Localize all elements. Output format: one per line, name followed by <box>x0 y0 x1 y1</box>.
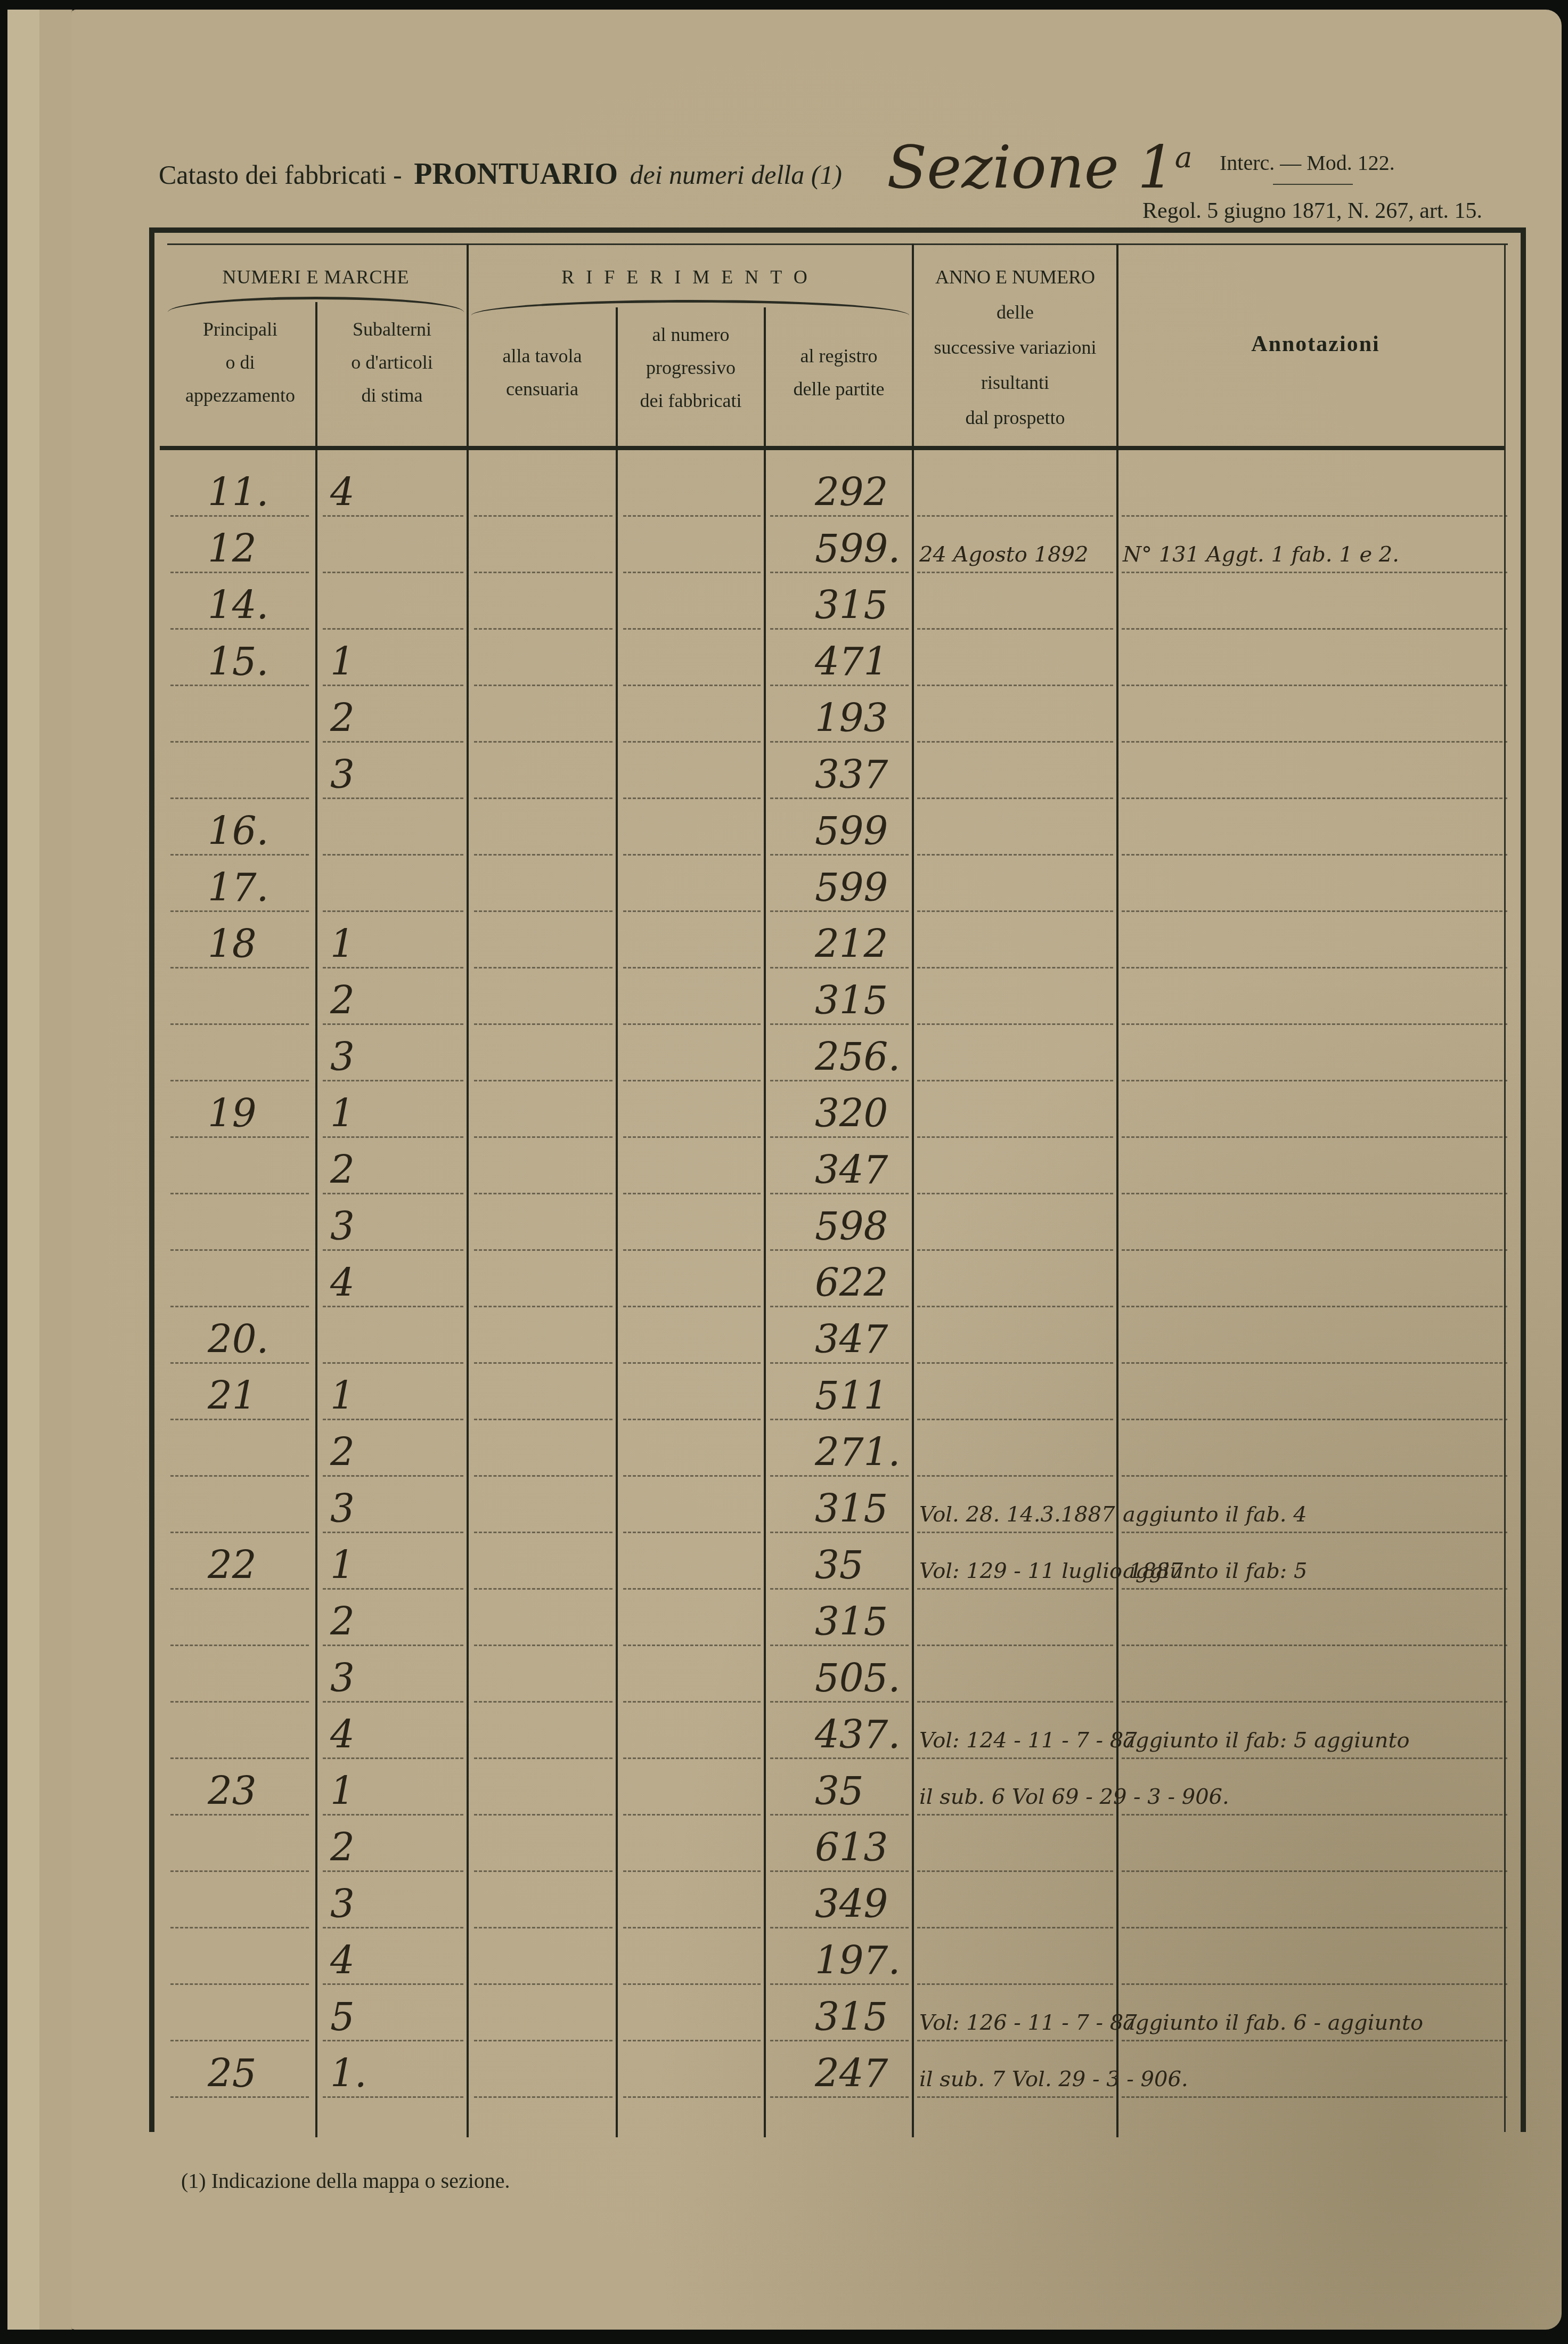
table-row: 2347 <box>154 1138 1521 1194</box>
cell-subalterno: 1 <box>330 1544 355 1586</box>
table-row: 4197. <box>154 1928 1521 1985</box>
cell-subalterno: 1. <box>330 2052 367 2095</box>
form-title-suffix: dei numeri della (1) <box>630 160 842 190</box>
cell-registro: 256. <box>815 1036 900 1078</box>
cell-subalterno: 1 <box>330 640 355 683</box>
cell-principale: 20. <box>208 1318 269 1361</box>
cell-subalterno: 4 <box>330 1261 355 1304</box>
cell-annotazioni: aggiunto il fab: 5 aggiunto <box>1123 1728 1410 1753</box>
cell-subalterno: 3 <box>330 753 355 796</box>
cell-registro: 613 <box>815 1826 888 1869</box>
cell-subalterno: 1 <box>330 923 355 965</box>
header-bottom-rule <box>160 446 1505 450</box>
row-ruling <box>917 2096 1113 2098</box>
col-tavola: alla tavola censuaria <box>469 339 616 405</box>
cell-principale: 17. <box>208 866 269 909</box>
cell-registro: 320 <box>815 1092 888 1135</box>
cell-subalterno: 3 <box>330 1487 355 1530</box>
cell-annotazioni: aggiunto il fab. 6 - aggiunto <box>1123 2011 1423 2035</box>
cell-variazioni: Vol: 126 - 11 - 7 - 87 <box>919 2011 1137 2035</box>
col-anno-line1: ANNO E NUMERO <box>914 259 1116 295</box>
cell-variazioni: il sub. 7 Vol. 29 - 3 - 906. <box>919 2067 1188 2091</box>
cell-variazioni: il sub. 6 Vol 69 - 29 - 3 - 906. <box>919 1785 1229 1809</box>
cell-registro: 212 <box>815 923 888 965</box>
section-superscript: a <box>1175 140 1193 174</box>
cell-principale: 22 <box>208 1544 257 1586</box>
col-registro-line2: delle partite <box>766 372 912 405</box>
cell-principale: 21 <box>208 1374 257 1417</box>
col-subalterni: Subalterni o d'articoli di stima <box>317 313 467 412</box>
cell-principale: 16. <box>208 810 269 852</box>
cell-annotazioni: aggiunto il fab. 4 <box>1123 1502 1307 1527</box>
col-annotazioni: Annotazioni <box>1118 331 1513 357</box>
cell-registro: 315 <box>815 1996 888 2038</box>
table-row: 3256. <box>154 1025 1521 1081</box>
cell-registro: 349 <box>815 1883 888 1925</box>
col-tavola-line1: alla tavola <box>469 339 616 372</box>
cell-subalterno: 5 <box>330 1996 355 2038</box>
section-handwritten: Sezione 1a <box>887 133 1193 201</box>
cell-subalterno: 3 <box>330 1205 355 1248</box>
cell-registro: 347 <box>815 1318 888 1361</box>
regulation-ref: Regol. 5 giugno 1871, N. 267, art. 15. <box>1142 198 1482 224</box>
table-row: 23135il sub. 6 Vol 69 - 29 - 3 - 906. <box>154 1759 1521 1816</box>
col-registro-line1: al registro <box>766 339 912 372</box>
col-anno-line3: successive variazioni <box>914 330 1116 365</box>
col-anno-line4: risultanti <box>914 365 1116 400</box>
cell-subalterno: 2 <box>330 979 355 1022</box>
cell-subalterno: 1 <box>330 1374 355 1417</box>
row-ruling <box>474 2096 612 2098</box>
cell-registro: 197. <box>815 1939 900 1982</box>
group-riferimento: RIFERIMENTO <box>469 266 912 288</box>
cell-registro: 471 <box>815 640 888 683</box>
row-ruling <box>1122 2096 1507 2098</box>
model-ref: Interc. — Mod. 122. <box>1220 150 1395 175</box>
cell-subalterno: 2 <box>330 1149 355 1191</box>
cell-subalterno: 4 <box>330 471 355 514</box>
table-row: 4437.Vol: 124 - 11 - 7 - 87aggiunto il f… <box>154 1703 1521 1759</box>
row-ruling <box>770 2096 909 2098</box>
cell-registro: 315 <box>815 584 888 626</box>
page-spine-fold <box>39 10 72 2330</box>
table-row: 251.247il sub. 7 Vol. 29 - 3 - 906. <box>154 2041 1521 2098</box>
col-anno-line2: delle <box>914 295 1116 330</box>
footnote: (1) Indicazione della mappa o sezione. <box>181 2168 510 2193</box>
page-spine-edge <box>7 10 41 2330</box>
col-registro: al registro delle partite <box>766 339 912 405</box>
table-row: 3505. <box>154 1646 1521 1703</box>
cell-registro: 315 <box>815 1487 888 1530</box>
table-row: 22135Vol: 129 - 11 luglio 1887aggiunto i… <box>154 1533 1521 1590</box>
table-row: 15.1471 <box>154 630 1521 686</box>
table-row: 14.315 <box>154 573 1521 630</box>
table-row: 3337 <box>154 743 1521 799</box>
cell-subalterno: 2 <box>330 697 355 739</box>
table-row: 2315 <box>154 968 1521 1025</box>
cell-registro: 437. <box>815 1713 900 1756</box>
cell-registro: 247 <box>815 2052 888 2095</box>
col-subalterni-line3: di stima <box>317 379 467 412</box>
cell-registro: 598 <box>815 1205 888 1248</box>
cell-subalterno: 4 <box>330 1713 355 1756</box>
cell-variazioni: Vol: 124 - 11 - 7 - 87 <box>919 1728 1137 1753</box>
cell-registro: 622 <box>815 1261 888 1304</box>
cell-annotazioni: aggiunto il fab: 5 <box>1123 1559 1307 1583</box>
col-principali-line1: Principali <box>165 313 315 346</box>
col-principali: Principali o di appezzamento <box>165 313 315 412</box>
model-ref-rule <box>1273 184 1353 185</box>
section-name: Sezione 1 <box>887 133 1175 201</box>
cell-principale: 18 <box>208 923 257 965</box>
cell-subalterno: 1 <box>330 1770 355 1812</box>
cell-registro: 511 <box>815 1374 888 1417</box>
brace-riferimento <box>471 300 909 319</box>
row-ruling <box>623 2096 761 2098</box>
cell-registro: 315 <box>815 1600 888 1643</box>
cell-registro: 599. <box>815 527 900 570</box>
cell-registro: 337 <box>815 753 888 796</box>
table-row: 4622 <box>154 1251 1521 1307</box>
table-row: 2193 <box>154 686 1521 743</box>
col-progressivo-line1: al numero <box>618 318 764 351</box>
table-row: 191320 <box>154 1081 1521 1138</box>
table-row: 20.347 <box>154 1307 1521 1364</box>
table-row: 16.599 <box>154 799 1521 856</box>
row-ruling <box>170 2096 309 2098</box>
table-inner-top-border <box>167 243 1508 245</box>
table-row: 17.599 <box>154 856 1521 912</box>
cell-principale: 12 <box>208 527 257 570</box>
cell-principale: 23 <box>208 1770 257 1812</box>
cell-registro: 315 <box>815 979 888 1022</box>
cell-principale: 25 <box>208 2052 257 2095</box>
cell-registro: 599 <box>815 810 888 852</box>
table-row: 2613 <box>154 1816 1521 1872</box>
prontuario-table: NUMERI E MARCHE RIFERIMENTO Principali o… <box>149 227 1526 2132</box>
cell-registro: 599 <box>815 866 888 909</box>
cell-subalterno: 1 <box>330 1092 355 1135</box>
cell-registro: 271. <box>815 1431 900 1474</box>
form-title-prefix: Catasto dei fabbricati - <box>159 160 402 190</box>
cell-registro: 505. <box>815 1657 900 1699</box>
cell-subalterno: 3 <box>330 1657 355 1699</box>
form-title-bold: PRONTUARIO <box>414 158 618 191</box>
col-subalterni-line1: Subalterni <box>317 313 467 346</box>
cell-registro: 35 <box>815 1770 864 1812</box>
cell-subalterno: 3 <box>330 1036 355 1078</box>
cell-variazioni: Vol. 28. 14.3.1887 <box>919 1502 1115 1527</box>
cell-annotazioni: N° 131 Aggt. 1 fab. 1 e 2. <box>1123 542 1399 567</box>
col-principali-line3: appezzamento <box>165 379 315 412</box>
table-row: 3349 <box>154 1872 1521 1928</box>
table-row: 3315Vol. 28. 14.3.1887aggiunto il fab. 4 <box>154 1477 1521 1533</box>
cell-registro: 347 <box>815 1149 888 1191</box>
col-anno-line5: dal prospetto <box>914 400 1116 435</box>
cell-registro: 35 <box>815 1544 864 1586</box>
cell-principale: 15. <box>208 640 269 683</box>
cell-subalterno: 2 <box>330 1826 355 1869</box>
cell-principale: 19 <box>208 1092 257 1135</box>
cell-principale: 14. <box>208 584 269 626</box>
table-row: 5315Vol: 126 - 11 - 7 - 87aggiunto il fa… <box>154 1985 1521 2041</box>
col-subalterni-line2: o d'articoli <box>317 346 467 379</box>
col-progressivo: al numero progressivo dei fabbricati <box>618 318 764 417</box>
cell-subalterno: 2 <box>330 1600 355 1643</box>
cell-variazioni: 24 Agosto 1892 <box>919 542 1088 567</box>
table-row: 11.4292 <box>154 460 1521 517</box>
cell-principale: 11. <box>208 471 269 514</box>
col-progressivo-line3: dei fabbricati <box>618 384 764 417</box>
table-row: 3598 <box>154 1194 1521 1251</box>
col-principali-line2: o di <box>165 346 315 379</box>
cell-registro: 292 <box>815 471 888 514</box>
form-title: Catasto dei fabbricati - PRONTUARIO dei … <box>159 157 842 191</box>
cell-subalterno: 4 <box>330 1939 355 1982</box>
table-row: 211511 <box>154 1364 1521 1420</box>
cell-subalterno: 2 <box>330 1431 355 1474</box>
table-row: 2271. <box>154 1420 1521 1477</box>
cell-subalterno: 3 <box>330 1883 355 1925</box>
col-anno-e-numero: ANNO E NUMERO delle successive variazion… <box>914 259 1116 435</box>
col-progressivo-line2: progressivo <box>618 351 764 384</box>
table-row: 2315 <box>154 1590 1521 1646</box>
cell-registro: 193 <box>815 697 888 739</box>
table-row: 12599.24 Agosto 1892N° 131 Aggt. 1 fab. … <box>154 517 1521 573</box>
table-row: 181212 <box>154 912 1521 968</box>
col-tavola-line2: censuaria <box>469 372 616 405</box>
row-ruling <box>323 2096 463 2098</box>
group-numeri-e-marche: NUMERI E MARCHE <box>165 266 467 288</box>
